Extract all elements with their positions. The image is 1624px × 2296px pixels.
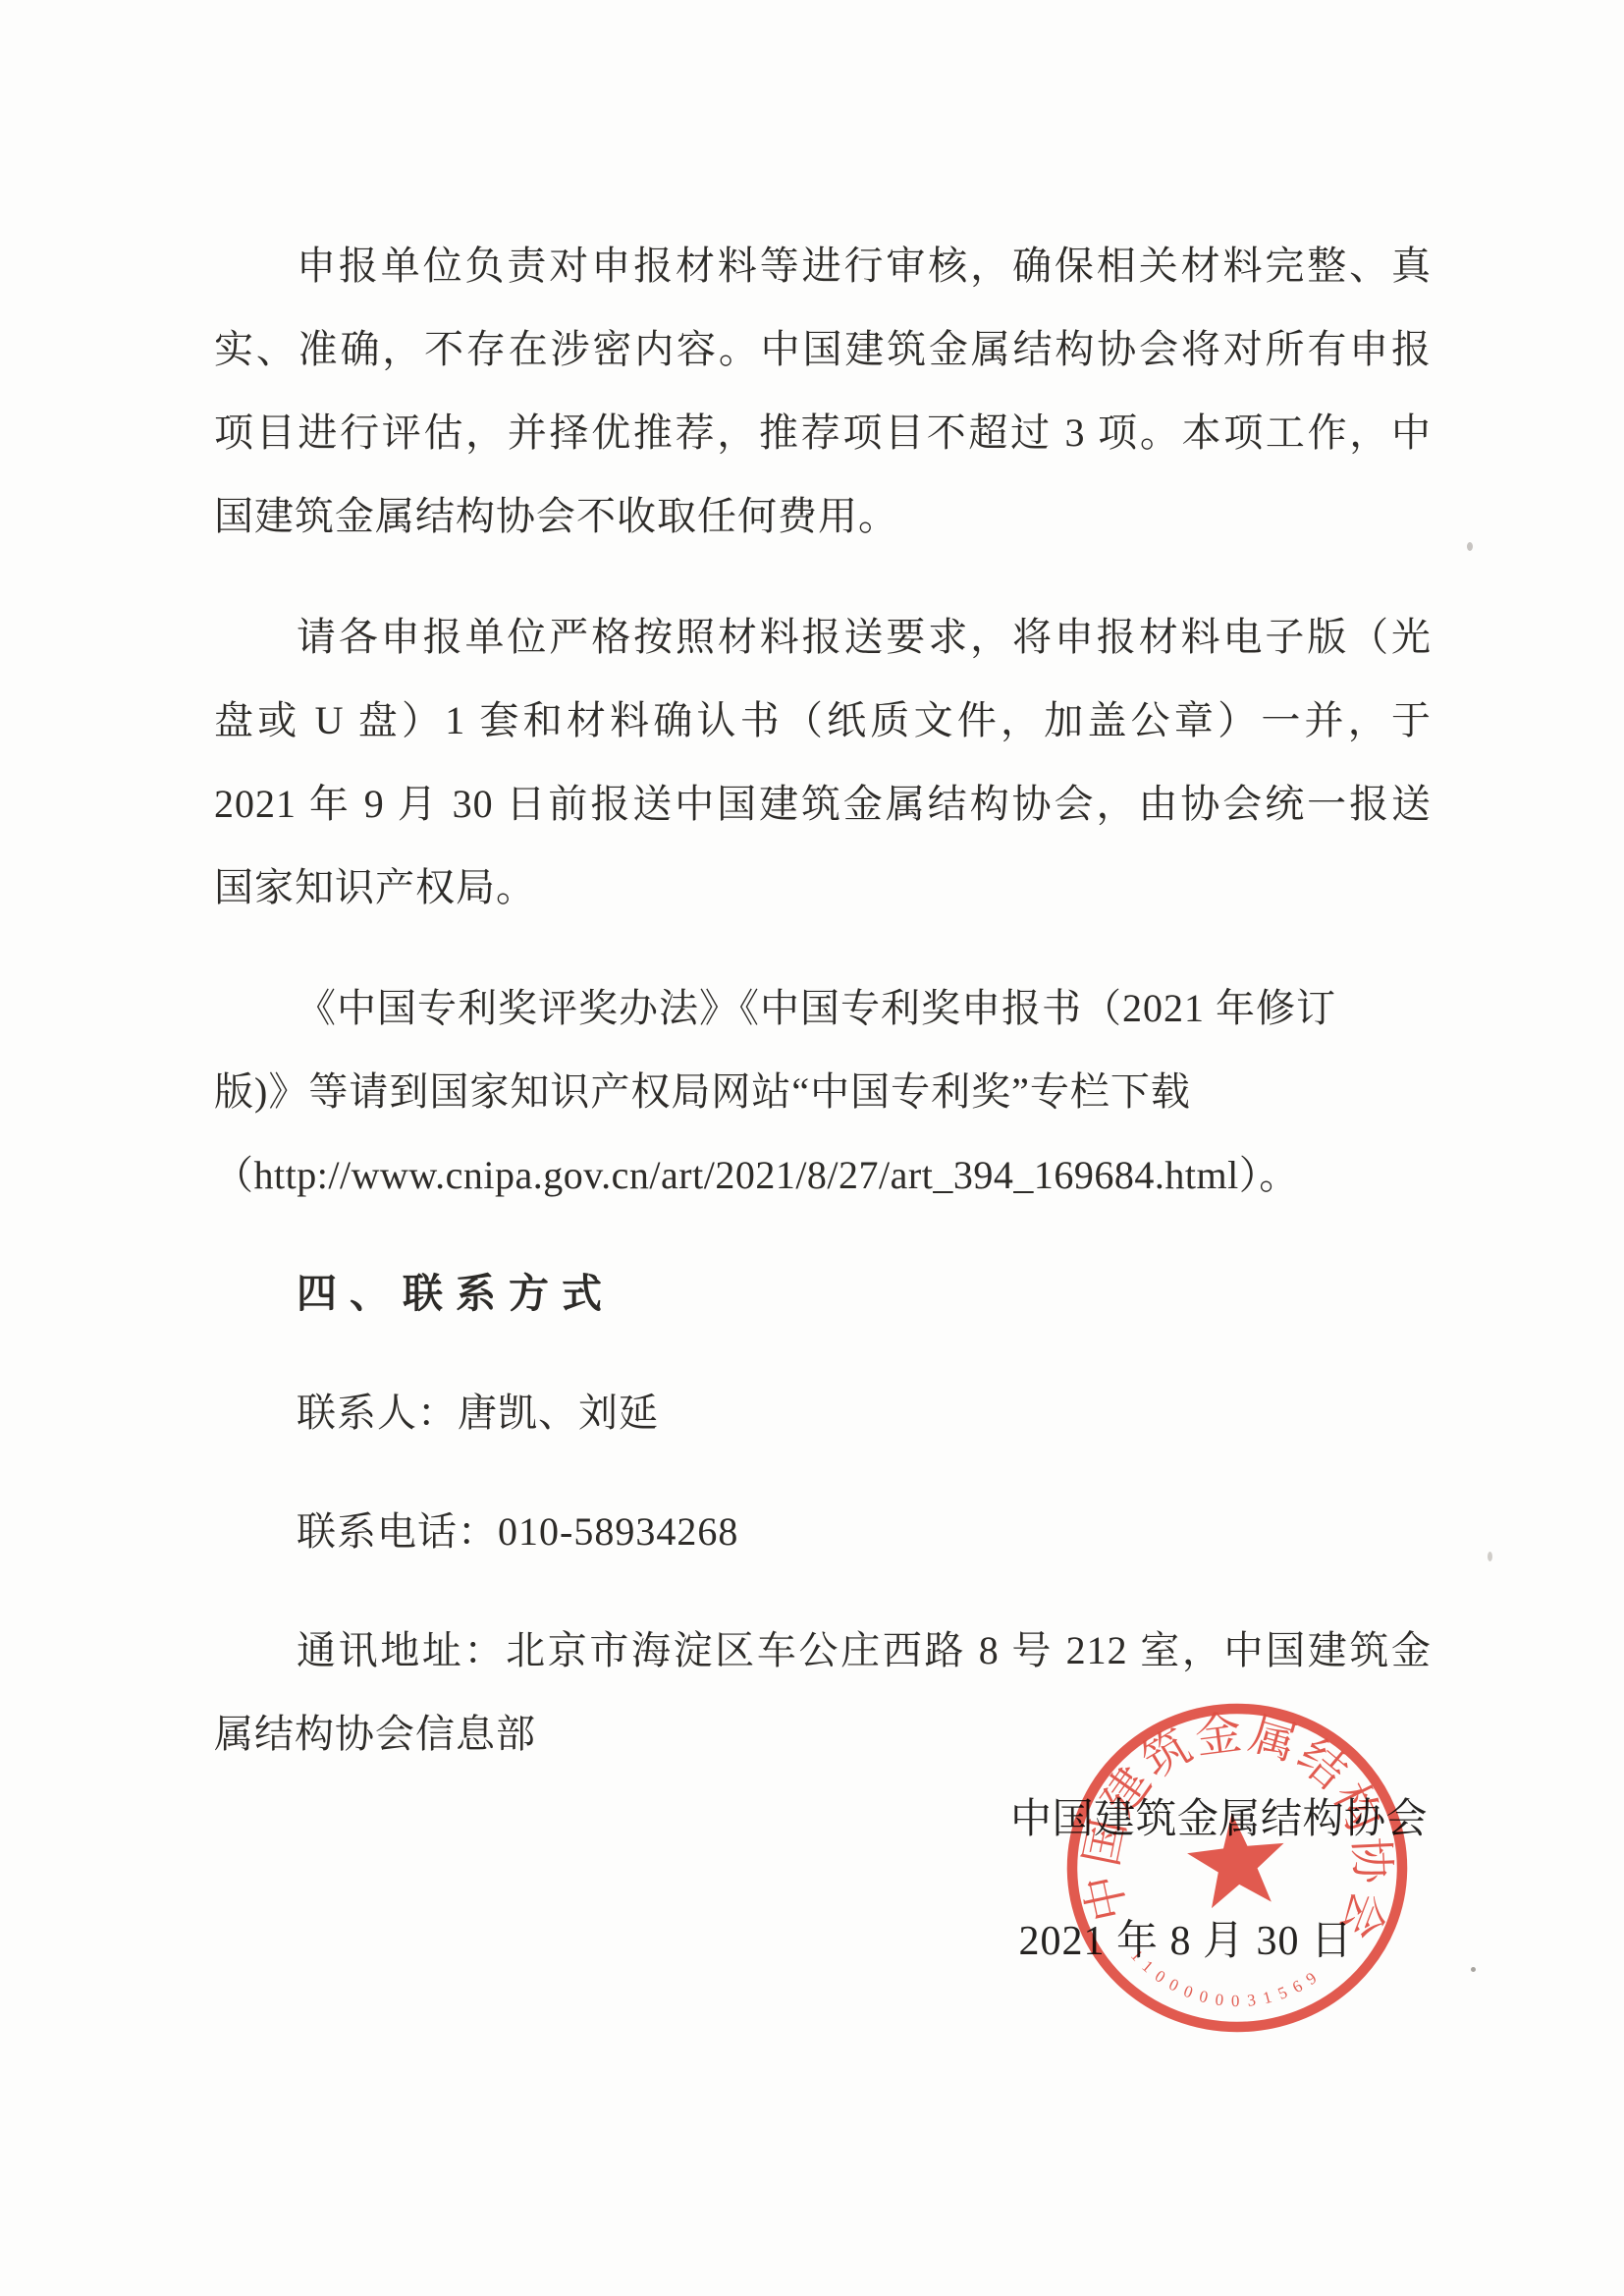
scan-speck <box>1471 1967 1476 1972</box>
document-body: 申报单位负责对申报材料等进行审核，确保相关材料完整、真 实、准确，不存在涉密内容… <box>214 224 1432 1776</box>
scan-speck <box>1467 542 1473 551</box>
download-url: （http://www.cnipa.gov.cn/art/2021/8/27/a… <box>214 1133 1432 1217</box>
contact-phone-line: 联系电话：010-58934268 <box>214 1490 1432 1573</box>
seal-star-icon <box>1183 1808 1289 1910</box>
body-line: 请各申报单位严格按照材料报送要求，将申报材料电子版（光 <box>214 595 1432 679</box>
body-line: 《中国专利奖评奖办法》《中国专利奖申报书（2021 年修订 <box>214 966 1432 1050</box>
body-line: 国家知识产权局。 <box>214 846 1432 929</box>
contact-address-line: 通讯地址：北京市海淀区车公庄西路 8 号 212 室，中国建筑金 <box>214 1609 1432 1692</box>
seal-number: 1100000031569 <box>1127 1946 1326 2011</box>
scan-speck <box>1488 1552 1492 1561</box>
section-heading-contact: 四、联系方式 <box>214 1252 1432 1336</box>
document-page: 申报单位负责对申报材料等进行审核，确保相关材料完整、真 实、准确，不存在涉密内容… <box>0 0 1624 2296</box>
body-line: 申报单位负责对申报材料等进行审核，确保相关材料完整、真 <box>214 224 1432 307</box>
svg-text:1100000031569: 1100000031569 <box>1127 1946 1326 2011</box>
body-line: 2021 年 9 月 30 日前报送中国建筑金属结构协会，由协会统一报送 <box>214 762 1432 846</box>
body-line: 项目进行评估，并择优推荐，推荐项目不超过 3 项。本项工作，中 <box>214 391 1432 474</box>
official-seal: 中国建筑金属结构协会 1100000031569 <box>1051 1701 1424 2039</box>
body-line: 版)》等请到国家知识产权局网站“中国专利奖”专栏下载 <box>214 1050 1432 1133</box>
body-line: 实、准确，不存在涉密内容。中国建筑金属结构协会将对所有申报 <box>214 307 1432 391</box>
body-line: 国建筑金属结构协会不收取任何费用。 <box>214 474 1432 558</box>
contact-person-line: 联系人：唐凯、刘延 <box>214 1371 1432 1454</box>
body-line: 盘或 U 盘）1 套和材料确认书（纸质文件，加盖公章）一并，于 <box>214 679 1432 762</box>
